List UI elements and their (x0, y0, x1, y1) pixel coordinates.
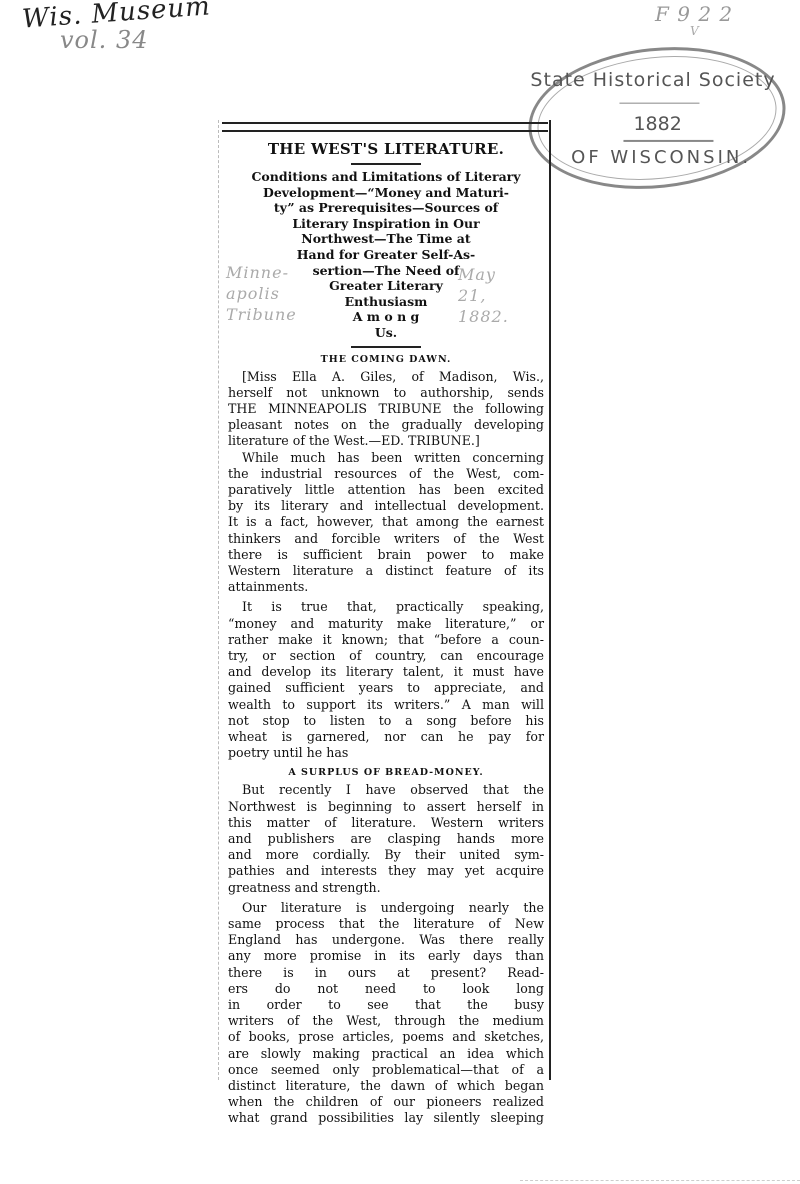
text-line: greatness and strength. (228, 880, 544, 896)
text-line: THE MINNEAPOLIS TRIBUNE the following (228, 401, 544, 417)
text-line: Development—“Money and Maturi- (228, 185, 544, 201)
text-line: Greater Literary (228, 278, 544, 294)
paragraph-1: While much has been written concerningth… (228, 450, 544, 596)
text-line: It is a fact, however, that among the ea… (228, 514, 544, 530)
text-line: ty” as Prerequisites—Sources of (228, 200, 544, 216)
text-line: pleasant notes on the gradually developi… (228, 417, 544, 433)
library-stamp: State Historical Society 1882 OF WISCONS… (521, 35, 792, 201)
text-line: try, or section of country, can encourag… (228, 648, 544, 664)
text-line: same process that the literature of New (228, 916, 544, 932)
text-line: Our literature is undergoing nearly the (228, 900, 544, 916)
text-line: thinkers and forcible writers of the Wes… (228, 531, 544, 547)
article-headline: THE WEST'S LITERATURE. (228, 140, 544, 158)
text-line: Us. (228, 325, 544, 341)
stamp-year: 1882 (532, 113, 784, 135)
newspaper-article: THE WEST'S LITERATURE. Conditions and Li… (228, 140, 544, 1127)
text-line: Enthusiasm (228, 294, 544, 310)
text-line: A m o n g (228, 309, 544, 325)
text-line: Northwest is beginning to assert herself… (228, 799, 544, 815)
text-line: While much has been written concerning (228, 450, 544, 466)
text-line: “money and maturity make literature,” or (228, 616, 544, 632)
text-line: wealth to support its writers.” A man wi… (228, 697, 544, 713)
text-line: paratively little attention has been exc… (228, 482, 544, 498)
text-line: poetry until he has (228, 745, 544, 761)
text-line: the industrial resources of the West, co… (228, 466, 544, 482)
article-deck: Conditions and Limitations of LiteraryDe… (228, 169, 544, 341)
stamp-society-name: State Historical Society (527, 69, 779, 91)
text-line: and develop its literary talent, it must… (228, 664, 544, 680)
text-line: when the children of our pioneers realiz… (228, 1094, 544, 1110)
text-line: herself not unknown to authorship, sends (228, 385, 544, 401)
text-line: rather make it known; that “before a cou… (228, 632, 544, 648)
headline-divider (351, 163, 421, 165)
text-line: this matter of literature. Western write… (228, 815, 544, 831)
paragraph-2: It is true that, practically speaking,“m… (228, 599, 544, 761)
text-line: It is true that, practically speaking, (228, 599, 544, 615)
text-line: literature of the West.—ED. TRIBUNE.] (228, 433, 544, 449)
text-line: But recently I have observed that the (228, 782, 544, 798)
stamp-state-name: OF WISCONSIN. (535, 147, 787, 168)
subhead-coming-dawn: THE COMING DAWN. (228, 354, 544, 365)
text-line: [Miss Ella A. Giles, of Madison, Wis., (228, 369, 544, 385)
text-line: wheat is garnered, nor can he pay for (228, 729, 544, 745)
text-line: sertion—The Need of (228, 263, 544, 279)
paragraph-4: Our literature is undergoing nearly thes… (228, 900, 544, 1127)
handwritten-catalog-subnote: V (690, 24, 700, 38)
text-line: attainments. (228, 579, 544, 595)
text-line: Literary Inspiration in Our (228, 216, 544, 232)
editor-intro: [Miss Ella A. Giles, of Madison, Wis.,he… (228, 369, 544, 450)
text-line: are slowly making practical an idea whic… (228, 1046, 544, 1062)
text-line: distinct literature, the dawn of which b… (228, 1078, 544, 1094)
subhead-bread-money: A SURPLUS OF BREAD-MONEY. (228, 767, 544, 778)
stamp-ornament-rule (619, 103, 699, 104)
text-line: gained sufficient years to appreciate, a… (228, 680, 544, 696)
stamp-ornament-flourish (623, 140, 713, 142)
text-line: Hand for Greater Self-As- (228, 247, 544, 263)
text-line: of books, prose articles, poems and sket… (228, 1029, 544, 1045)
text-line: and publishers are clasping hands more (228, 831, 544, 847)
text-line: Western literature a distinct feature of… (228, 563, 544, 579)
paragraph-3: But recently I have observed that theNor… (228, 782, 544, 895)
text-line: writers of the West, through the medium (228, 1013, 544, 1029)
text-line: Northwest—The Time at (228, 231, 544, 247)
deck-divider (351, 346, 421, 348)
text-line: any more promise in its early days than (228, 948, 544, 964)
text-line: there is in ours at present? Read- (228, 965, 544, 981)
text-line: by its literary and intellectual develop… (228, 498, 544, 514)
text-line: once seemed only problematical—that of a (228, 1062, 544, 1078)
text-line: England has undergone. Was there really (228, 932, 544, 948)
column-top-rule (222, 122, 548, 132)
text-line: in order to see that the busy (228, 997, 544, 1013)
scan-edge-line (520, 1180, 800, 1181)
text-line: there is sufficient brain power to make (228, 547, 544, 563)
text-line: what grand possibilities lay silently sl… (228, 1110, 544, 1126)
text-line: not stop to listen to a song before his (228, 713, 544, 729)
text-line: ers do not need to look long (228, 981, 544, 997)
handwritten-volume-note: vol. 34 (60, 26, 148, 54)
handwritten-catalog-number: F 9 2 2 (655, 2, 733, 26)
text-line: Conditions and Limitations of Literary (228, 169, 544, 185)
text-line: and more cordially. By their united sym- (228, 847, 544, 863)
text-line: pathies and interests they may yet acqui… (228, 863, 544, 879)
